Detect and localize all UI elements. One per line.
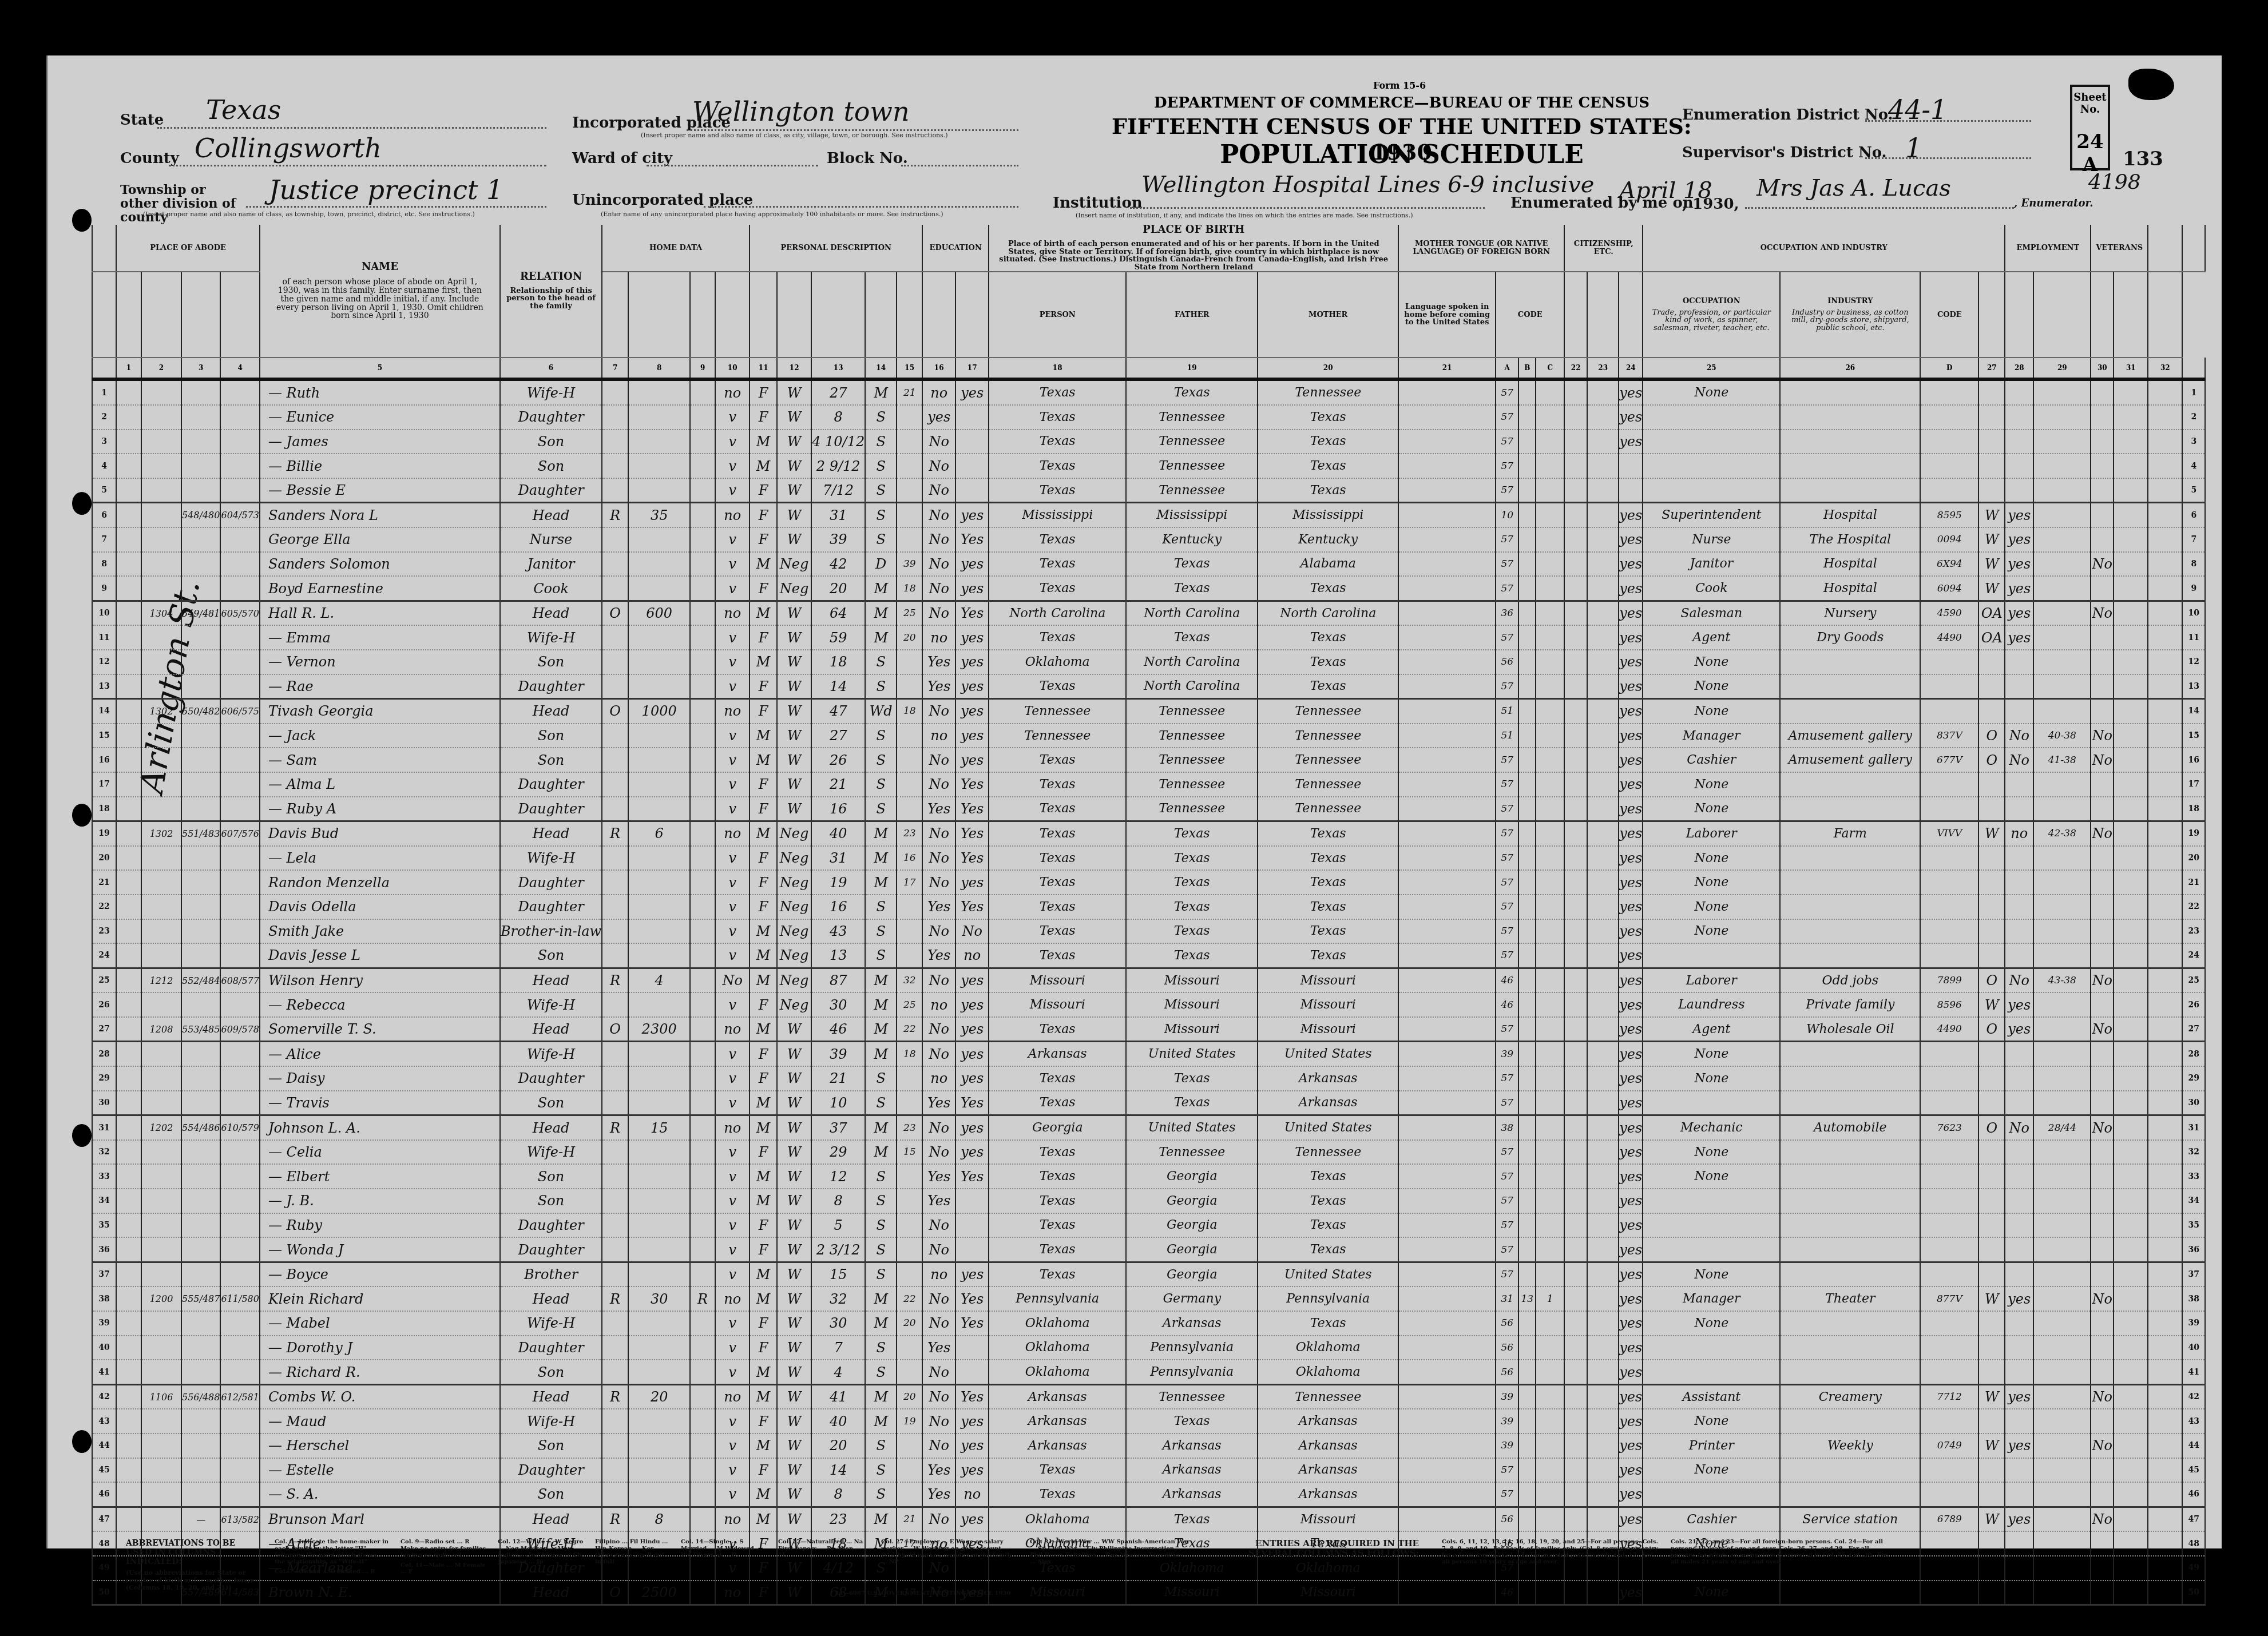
- cell-pob-father: Tennessee: [1126, 724, 1258, 748]
- cell-farm-sched: [2148, 992, 2182, 1017]
- cell-occ-code: 4490: [1920, 1017, 1978, 1042]
- cell-dwelling: [181, 870, 220, 895]
- cell-vet-war: [2114, 943, 2148, 968]
- cell-class: O: [1978, 1115, 2005, 1140]
- unincorporated-line: [704, 206, 1018, 208]
- cell-street: [116, 895, 141, 919]
- cell-street: [116, 625, 141, 650]
- cell-code-c: [1536, 478, 1564, 503]
- abbrev-col9: Col. 9—Radio set ... R Make no entry for…: [401, 1539, 486, 1575]
- cell-at-work: yes: [2005, 503, 2033, 527]
- cell-age: 26: [811, 748, 865, 772]
- cell-name: Combs W. O.: [260, 1384, 500, 1409]
- cell-pob-mother: Tennessee: [1258, 748, 1398, 772]
- table-row: 36— Wonda JDaughtervFW2 3/12SNoTexasGeor…: [92, 1237, 2205, 1262]
- cell-value: [628, 1164, 690, 1189]
- cell-race: W: [777, 1237, 811, 1262]
- cell-race: W: [777, 1507, 811, 1531]
- cell-pob-father: Mississippi: [1126, 503, 1258, 527]
- cell-occupation: Manager: [1643, 1286, 1780, 1311]
- cell-lang: [1398, 943, 1496, 968]
- cell-lang: [1398, 1189, 1496, 1213]
- cell-speak: [1587, 772, 1619, 797]
- cell-unemp: [2033, 1066, 2091, 1091]
- cell-speak: [1587, 919, 1619, 944]
- cell-read: Yes: [955, 772, 989, 797]
- cell-pob: Arkansas: [989, 1409, 1126, 1434]
- cell-sex: M: [750, 748, 777, 772]
- column-number: [92, 358, 116, 379]
- cell-radio: [690, 724, 715, 748]
- institution-line: [1130, 207, 1485, 209]
- cell-english: yes: [1619, 1482, 1643, 1507]
- line-number: 42: [92, 1384, 116, 1409]
- cell-occupation: None: [1643, 1042, 1780, 1066]
- cell-school: No: [922, 870, 955, 895]
- cell-code-b: [1518, 1017, 1536, 1042]
- cell-farm: v: [715, 576, 750, 601]
- cell-race: W: [777, 1164, 811, 1189]
- cell-unemp: [2033, 430, 2091, 454]
- cell-at-work: yes: [2005, 527, 2033, 552]
- cell-code-c: [1536, 1091, 1564, 1115]
- cell-school: No: [922, 552, 955, 577]
- cell-industry: [1780, 379, 1920, 405]
- cell-industry: [1780, 772, 1920, 797]
- line-number: 15: [2182, 724, 2205, 748]
- cell-lang: [1398, 454, 1496, 478]
- cell-dwelling: [181, 919, 220, 944]
- cell-natur: [1564, 454, 1587, 478]
- cell-family: 609/578: [220, 1017, 259, 1042]
- column-number: 3: [181, 358, 220, 379]
- cell-english: yes: [1619, 1237, 1643, 1262]
- cell-value: [628, 895, 690, 919]
- cell-vet-war: [2114, 1409, 2148, 1434]
- cell-industry: Private family: [1780, 992, 1920, 1017]
- cell-dwelling: —: [181, 1507, 220, 1531]
- cell-family: [220, 870, 259, 895]
- cell-farm-sched: [2148, 699, 2182, 724]
- cell-relation: Daughter: [500, 405, 602, 430]
- cell-pob-father: Texas: [1126, 1066, 1258, 1091]
- cell-lang: [1398, 625, 1496, 650]
- cell-vet: [2091, 870, 2114, 895]
- cell-speak: [1587, 943, 1619, 968]
- cell-name: — Emma: [260, 625, 500, 650]
- stamp-number: 133: [2123, 148, 2163, 170]
- cell-name: — Bessie E: [260, 478, 500, 503]
- cell-code-c: [1536, 379, 1564, 405]
- cell-marital: M: [865, 625, 897, 650]
- cell-code-a: 56: [1496, 650, 1518, 674]
- cell-code-c: [1536, 650, 1564, 674]
- cell-code-c: [1536, 1042, 1564, 1066]
- cell-street: [116, 919, 141, 944]
- cell-unemp: [2033, 1262, 2091, 1286]
- cell-read: [955, 478, 989, 503]
- cell-family: [220, 1311, 259, 1336]
- cell-dwelling: [181, 552, 220, 577]
- table-row: 101304549/481605/570Hall R. L.HeadO600no…: [92, 601, 2205, 625]
- cell-code-c: [1536, 405, 1564, 430]
- cell-street: [116, 576, 141, 601]
- cell-pob-father: North Carolina: [1126, 601, 1258, 625]
- cell-marital: M: [865, 1311, 897, 1336]
- cell-speak: [1587, 1458, 1619, 1483]
- cell-marital: M: [865, 1115, 897, 1140]
- cell-age-marr: [897, 527, 922, 552]
- cell-code-c: [1536, 1115, 1564, 1140]
- cell-speak: [1587, 1237, 1619, 1262]
- table-row: 26— RebeccaWife-HvFNeg30M25noyesMissouri…: [92, 992, 2205, 1017]
- cell-unemp: [2033, 943, 2091, 968]
- cell-street: [116, 1384, 141, 1409]
- cell-industry: [1780, 478, 1920, 503]
- cell-read: Yes: [955, 895, 989, 919]
- cell-pob-mother: Texas: [1258, 1237, 1398, 1262]
- cell-tenure: R: [602, 1286, 628, 1311]
- cell-relation: Head: [500, 601, 602, 625]
- cell-radio: [690, 527, 715, 552]
- cell-class: [1978, 1262, 2005, 1286]
- cell-age-marr: [897, 919, 922, 944]
- cell-tenure: O: [602, 1017, 628, 1042]
- cell-unemp: [2033, 1311, 2091, 1336]
- cell-at-work: No: [2005, 1115, 2033, 1140]
- cell-vet-war: [2114, 1140, 2148, 1165]
- cell-value: [628, 724, 690, 748]
- cell-code-c: [1536, 821, 1564, 846]
- column-number: 27: [1978, 358, 2005, 379]
- cell-english: yes: [1619, 601, 1643, 625]
- cell-at-work: [2005, 478, 2033, 503]
- cell-school: No: [922, 1115, 955, 1140]
- cell-natur: [1564, 1017, 1587, 1042]
- cell-vet: [2091, 503, 2114, 527]
- enumeration-district-label: Enumeration District No.: [1682, 106, 1893, 124]
- cell-unemp: [2033, 674, 2091, 699]
- cell-street: [116, 772, 141, 797]
- cell-code-b: [1518, 699, 1536, 724]
- cell-occupation: None: [1643, 1164, 1780, 1189]
- cell-dwelling: 550/482: [181, 699, 220, 724]
- cell-code-a: 57: [1496, 1017, 1518, 1042]
- cell-race: W: [777, 1286, 811, 1311]
- column-number: 7: [602, 358, 628, 379]
- cell-read: yes: [955, 1115, 989, 1140]
- cell-age: 15: [811, 1262, 865, 1286]
- cell-marital: S: [865, 1091, 897, 1115]
- cell-name: — Alma L: [260, 772, 500, 797]
- cell-natur: [1564, 1384, 1587, 1409]
- cell-dwelling: [181, 992, 220, 1017]
- cell-code-b: [1518, 1115, 1536, 1140]
- cell-pob-father: Georgia: [1126, 1164, 1258, 1189]
- cell-at-work: yes: [2005, 992, 2033, 1017]
- cell-farm-sched: [2148, 1189, 2182, 1213]
- column-number: 6: [500, 358, 602, 379]
- cell-marital: M: [865, 576, 897, 601]
- cell-pob-mother: Texas: [1258, 821, 1398, 846]
- cell-code-a: 46: [1496, 992, 1518, 1017]
- cell-code-b: [1518, 1458, 1536, 1483]
- table-row: 311202554/486610/579Johnson L. A.HeadR15…: [92, 1115, 2205, 1140]
- cell-read: yes: [955, 576, 989, 601]
- cell-radio: [690, 943, 715, 968]
- township-value: Justice precinct 1: [269, 174, 503, 205]
- column-number: 25: [1643, 358, 1780, 379]
- cell-age-marr: [897, 1189, 922, 1213]
- cell-farm-sched: [2148, 1164, 2182, 1189]
- cell-tenure: [602, 846, 628, 871]
- line-number: 41: [92, 1360, 116, 1384]
- cell-family: [220, 1164, 259, 1189]
- cell-code-b: [1518, 1189, 1536, 1213]
- table-row: 9Boyd EarnestineCookvFNeg20M18NoyesTexas…: [92, 576, 2205, 601]
- cell-class: W: [1978, 821, 2005, 846]
- cell-tenure: [602, 576, 628, 601]
- cell-speak: [1587, 968, 1619, 992]
- cell-read: yes: [955, 650, 989, 674]
- table-row: 191302551/483607/576Davis BudHeadR6noMNe…: [92, 821, 2205, 846]
- cell-relation: Son: [500, 943, 602, 968]
- cell-class: W: [1978, 552, 2005, 577]
- line-number: 14: [2182, 699, 2205, 724]
- cell-code-c: [1536, 625, 1564, 650]
- cell-farm: no: [715, 1286, 750, 1311]
- cell-code-a: 57: [1496, 870, 1518, 895]
- cell-pob: Texas: [989, 379, 1126, 405]
- line-number: 33: [92, 1164, 116, 1189]
- year-label: , 1930,: [1682, 196, 1739, 213]
- cell-sex: F: [750, 870, 777, 895]
- cell-street: [116, 968, 141, 992]
- cell-farm: No: [715, 968, 750, 992]
- cell-natur: [1564, 430, 1587, 454]
- header-person: PERSON: [989, 272, 1126, 358]
- cell-relation: Son: [500, 1189, 602, 1213]
- cell-house: [141, 405, 181, 430]
- cell-occ-code: [1920, 1482, 1978, 1507]
- cell-speak: [1587, 1507, 1619, 1531]
- table-row: 2— EuniceDaughtervFW8SyesTexasTennesseeT…: [92, 405, 2205, 430]
- cell-farm: v: [715, 797, 750, 821]
- cell-code-b: [1518, 674, 1536, 699]
- cell-farm: no: [715, 1115, 750, 1140]
- cell-farm: v: [715, 1213, 750, 1238]
- cell-natur: [1564, 674, 1587, 699]
- table-row: 12— VernonSonvMW18SYesyesOklahomaNorth C…: [92, 650, 2205, 674]
- cell-value: [628, 674, 690, 699]
- cell-sex: F: [750, 1336, 777, 1360]
- line-number: 38: [92, 1286, 116, 1311]
- cell-sex: M: [750, 1384, 777, 1409]
- cell-pob-mother: Tennessee: [1258, 1384, 1398, 1409]
- cell-at-work: [2005, 650, 2033, 674]
- cell-farm-sched: [2148, 601, 2182, 625]
- cell-name: Klein Richard: [260, 1286, 500, 1311]
- cell-age: 18: [811, 650, 865, 674]
- form-number: Form 15-6: [1373, 80, 1426, 91]
- cell-dwelling: [181, 1237, 220, 1262]
- cell-industry: Creamery: [1780, 1384, 1920, 1409]
- cell-pob-mother: Tennessee: [1258, 797, 1398, 821]
- cell-race: W: [777, 1311, 811, 1336]
- cell-vet: [2091, 1091, 2114, 1115]
- cell-farm: v: [715, 1311, 750, 1336]
- cell-code-a: 57: [1496, 625, 1518, 650]
- cell-age-marr: 21: [897, 379, 922, 405]
- cell-age-marr: 18: [897, 699, 922, 724]
- cell-occ-code: [1920, 1042, 1978, 1066]
- table-row: 18— Ruby ADaughtervFW16SYesYesTexasTenne…: [92, 797, 2205, 821]
- cell-at-work: No: [2005, 724, 2033, 748]
- cell-read: [955, 405, 989, 430]
- cell-natur: [1564, 650, 1587, 674]
- cell-name: — Celia: [260, 1140, 500, 1165]
- cell-occ-code: [1920, 1066, 1978, 1091]
- cell-dwelling: [181, 748, 220, 772]
- cell-at-work: no: [2005, 821, 2033, 846]
- cell-name: — Richard R.: [260, 1360, 500, 1384]
- cell-vet: No: [2091, 1507, 2114, 1531]
- line-number: 45: [2182, 1458, 2205, 1483]
- cell-school: No: [922, 1237, 955, 1262]
- cell-lang: [1398, 699, 1496, 724]
- cell-age-marr: [897, 797, 922, 821]
- cell-family: [220, 919, 259, 944]
- cell-natur: [1564, 1115, 1587, 1140]
- cell-race: W: [777, 1066, 811, 1091]
- cell-street: [116, 1360, 141, 1384]
- cell-marital: S: [865, 1458, 897, 1483]
- cell-unemp: [2033, 625, 2091, 650]
- cell-code-a: 31: [1496, 1286, 1518, 1311]
- cell-pob: Oklahoma: [989, 1360, 1126, 1384]
- cell-code-a: 56: [1496, 1360, 1518, 1384]
- cell-unemp: 43-38: [2033, 968, 2091, 992]
- cell-read: Yes: [955, 1311, 989, 1336]
- cell-vet: No: [2091, 821, 2114, 846]
- cell-occ-code: 4490: [1920, 625, 1978, 650]
- cell-pob: Texas: [989, 1140, 1126, 1165]
- cell-pob: Texas: [989, 478, 1126, 503]
- cell-farm-sched: [2148, 870, 2182, 895]
- cell-occ-code: [1920, 674, 1978, 699]
- cell-radio: [690, 1409, 715, 1434]
- cell-code-c: [1536, 1384, 1564, 1409]
- cell-sex: M: [750, 821, 777, 846]
- cell-house: [141, 797, 181, 821]
- column-number: 31: [2114, 358, 2148, 379]
- cell-code-a: 57: [1496, 1091, 1518, 1115]
- cell-family: 608/577: [220, 968, 259, 992]
- cell-farm: no: [715, 1507, 750, 1531]
- cell-unemp: [2033, 772, 2091, 797]
- line-number: 26: [92, 992, 116, 1017]
- cell-house: [141, 650, 181, 674]
- table-row: 421106556/488612/581Combs W. O.HeadR20no…: [92, 1384, 2205, 1409]
- cell-sex: F: [750, 576, 777, 601]
- cell-occupation: None: [1643, 674, 1780, 699]
- cell-farm: no: [715, 379, 750, 405]
- cell-school: No: [922, 478, 955, 503]
- cell-radio: [690, 1384, 715, 1409]
- cell-school: no: [922, 1066, 955, 1091]
- cell-vet-war: [2114, 1360, 2148, 1384]
- cell-occ-code: VIVV: [1920, 821, 1978, 846]
- block-label: Block No.: [827, 150, 908, 167]
- table-row: 40— Dorothy JDaughtervFW7SYesOklahomaPen…: [92, 1336, 2205, 1360]
- cell-dwelling: [181, 1262, 220, 1286]
- cell-lang: [1398, 1237, 1496, 1262]
- cell-house: [141, 943, 181, 968]
- cell-code-c: [1536, 992, 1564, 1017]
- cell-marital: S: [865, 454, 897, 478]
- cell-speak: [1587, 1066, 1619, 1091]
- cell-code-b: [1518, 1409, 1536, 1434]
- cell-race: Neg: [777, 943, 811, 968]
- cell-house: [141, 772, 181, 797]
- cell-tenure: [602, 478, 628, 503]
- cell-house: [141, 1458, 181, 1483]
- group-citizenship: CITIZENSHIP, ETC.: [1564, 225, 1643, 272]
- cell-marital: S: [865, 1066, 897, 1091]
- cell-pob-mother: Kentucky: [1258, 527, 1398, 552]
- cell-read: yes: [955, 870, 989, 895]
- cell-at-work: yes: [2005, 576, 2033, 601]
- cell-school: Yes: [922, 797, 955, 821]
- cell-english: [1619, 478, 1643, 503]
- ward-line: [647, 165, 818, 166]
- cell-name: — Elbert: [260, 1164, 500, 1189]
- cell-pob-father: Germany: [1126, 1286, 1258, 1311]
- cell-code-b: [1518, 870, 1536, 895]
- cell-farm-sched: [2148, 1042, 2182, 1066]
- table-row: 33— ElbertSonvMW12SYesYesTexasGeorgiaTex…: [92, 1164, 2205, 1189]
- cell-radio: [690, 503, 715, 527]
- cell-marital: S: [865, 1189, 897, 1213]
- cell-radio: [690, 379, 715, 405]
- cell-sex: F: [750, 1042, 777, 1066]
- line-number: 42: [2182, 1384, 2205, 1409]
- cell-occupation: None: [1643, 379, 1780, 405]
- cell-lang: [1398, 650, 1496, 674]
- column-number: 28: [2005, 358, 2033, 379]
- cell-marital: S: [865, 527, 897, 552]
- cell-english: yes: [1619, 1262, 1643, 1286]
- cell-pob-father: Tennessee: [1126, 797, 1258, 821]
- cell-vet-war: [2114, 797, 2148, 821]
- cell-unemp: [2033, 1336, 2091, 1360]
- cell-farm: v: [715, 772, 750, 797]
- cell-name: Boyd Earnestine: [260, 576, 500, 601]
- cell-race: W: [777, 430, 811, 454]
- cell-tenure: [602, 527, 628, 552]
- cell-unemp: [2033, 576, 2091, 601]
- cell-pob-mother: Texas: [1258, 430, 1398, 454]
- cell-pob: Texas: [989, 1482, 1126, 1507]
- cell-read: Yes: [955, 1091, 989, 1115]
- cell-occupation: None: [1643, 699, 1780, 724]
- cell-vet: No: [2091, 1017, 2114, 1042]
- cell-age: 42: [811, 552, 865, 577]
- incorporated-note: (Insert proper name and also name of cla…: [641, 132, 948, 139]
- cell-dwelling: [181, 1091, 220, 1115]
- header-industry: INDUSTRYIndustry or business, as cotton …: [1780, 272, 1920, 358]
- cell-value: 8: [628, 1507, 690, 1531]
